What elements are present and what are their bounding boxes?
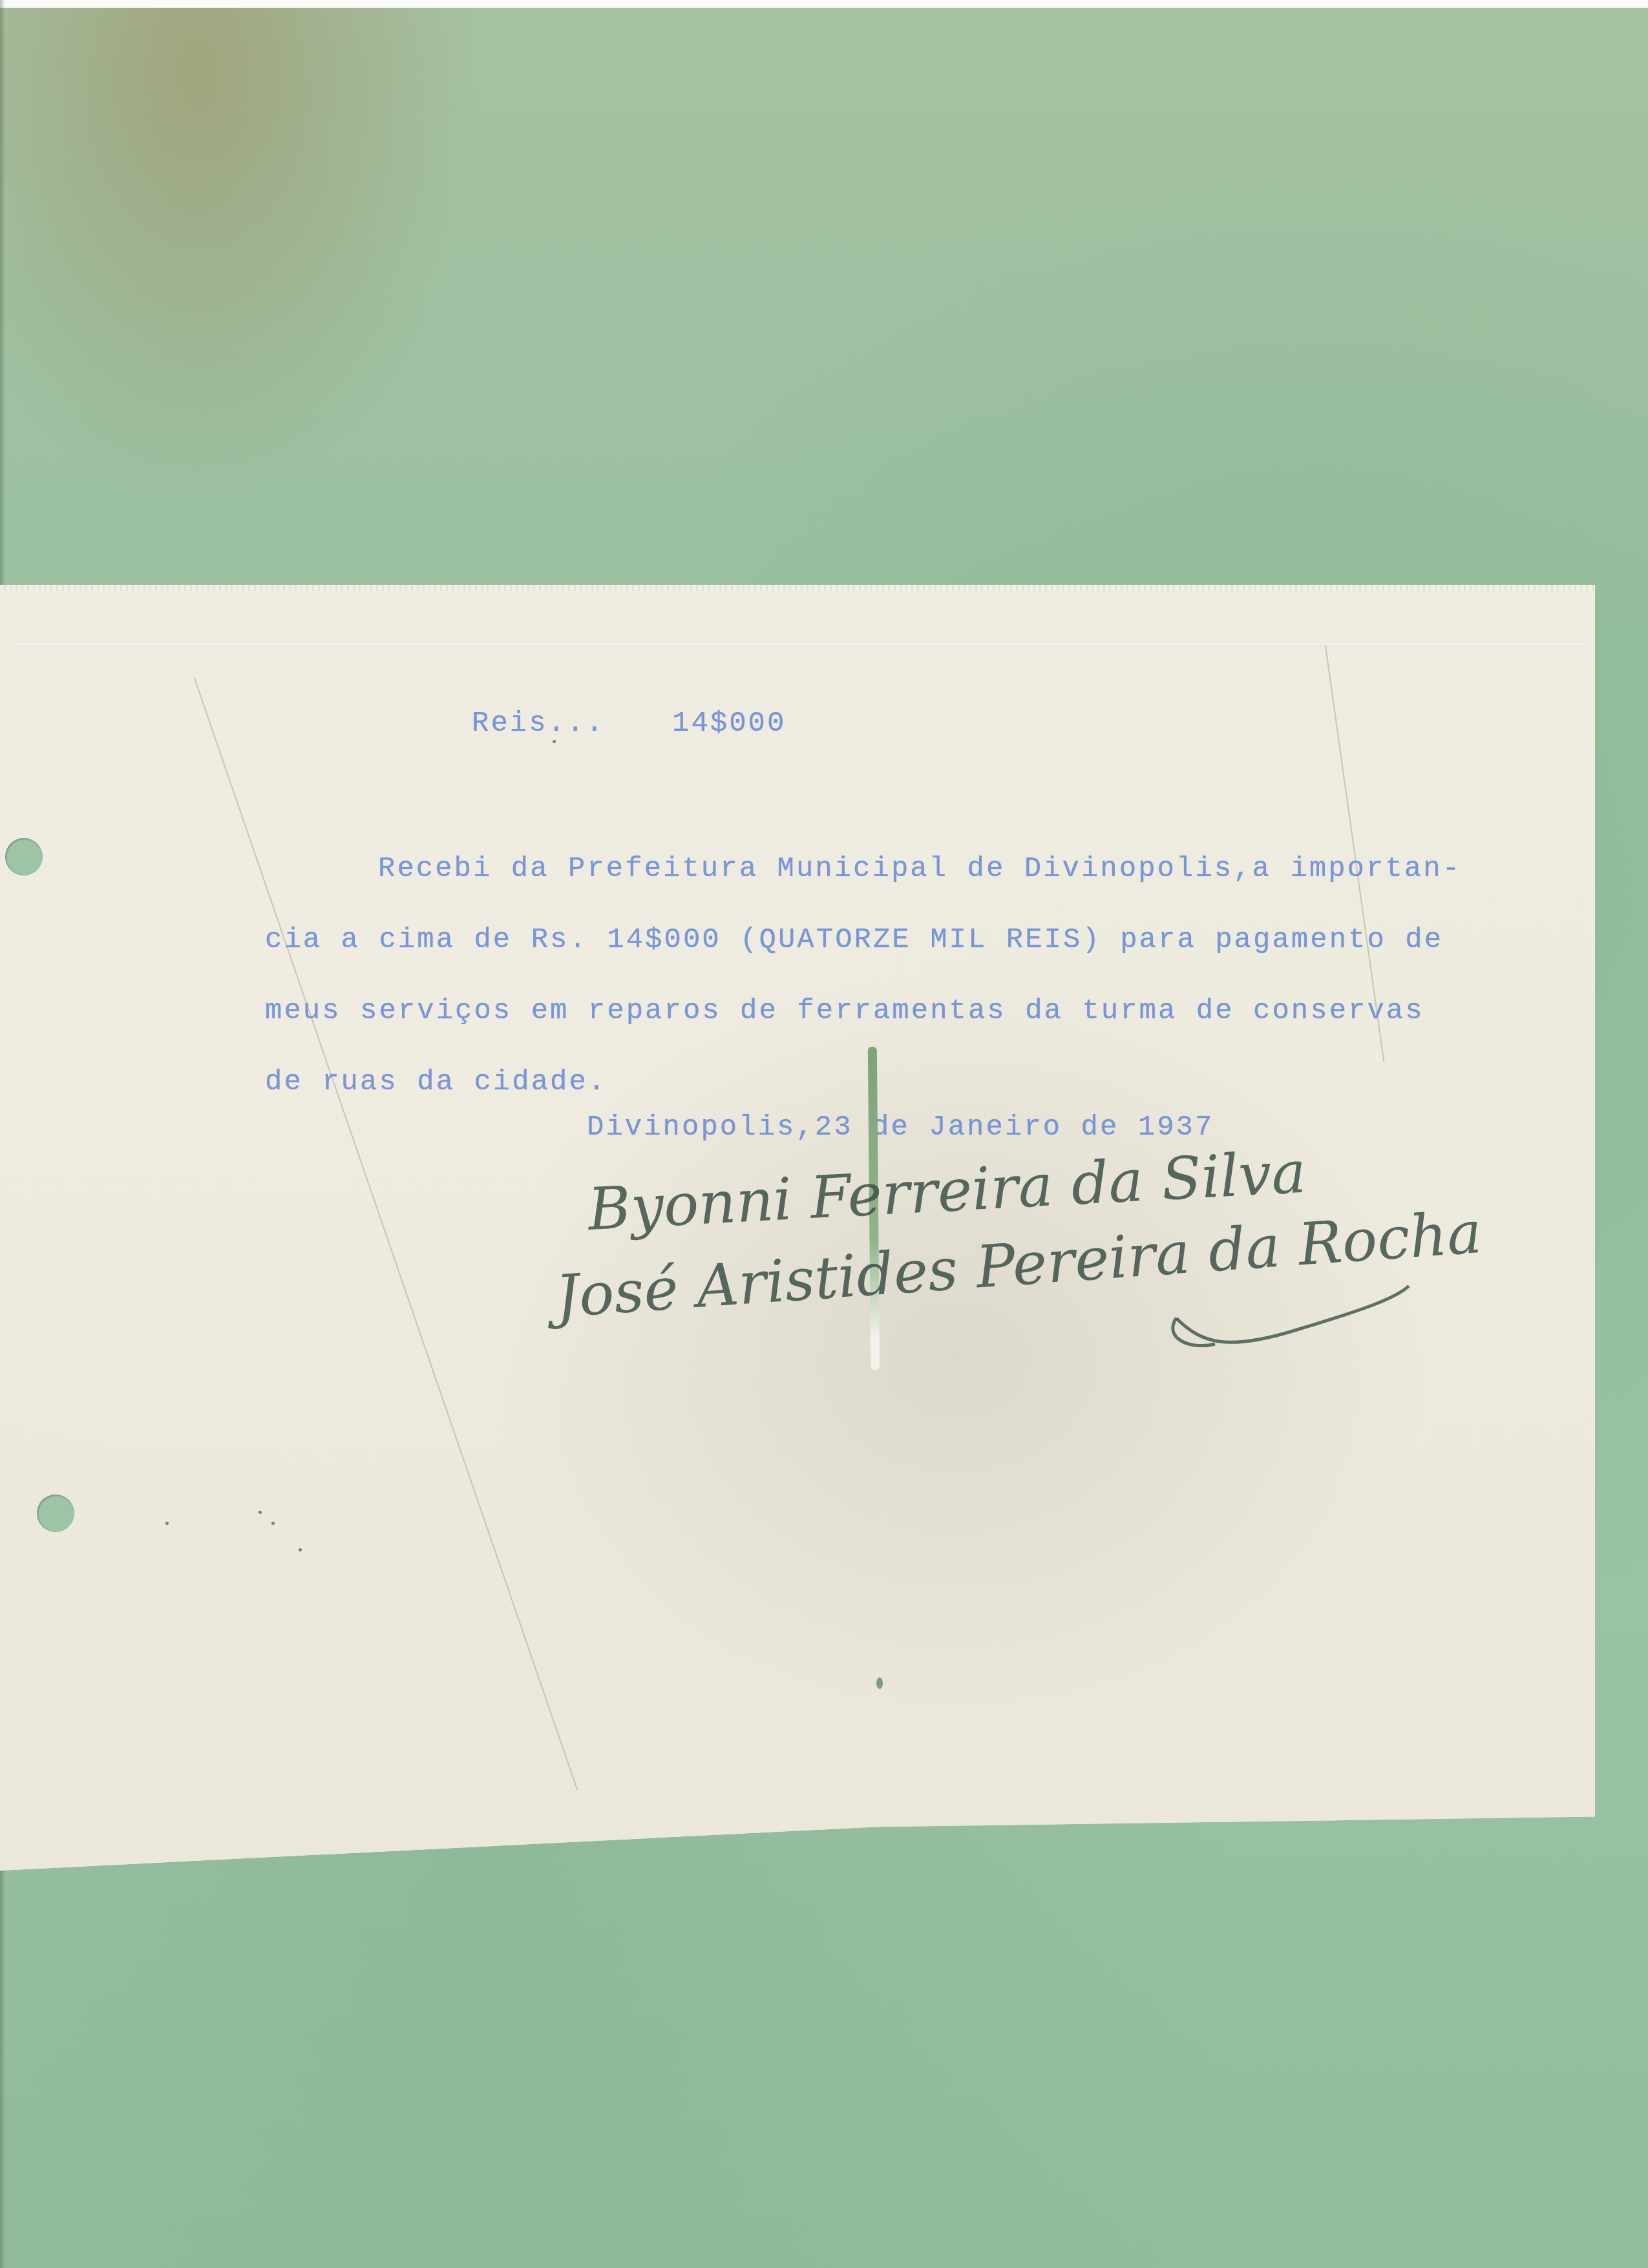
amount-label: Reis...: [472, 708, 605, 740]
receipt-body-line-1: Recebi da Prefeitura Municipal de Divino…: [378, 853, 1461, 885]
receipt-body-line-4: de ruas da cidade.: [265, 1066, 607, 1098]
amount-value: 14$000: [672, 708, 786, 740]
punch-hole-upper: [5, 838, 43, 876]
signature-flourish: [840, 1273, 1422, 1363]
receipt-fold-line: [13, 644, 1583, 646]
receipt-torn-top-edge: [0, 585, 1595, 591]
scan-top-margin: [0, 0, 1648, 8]
receipt-body-line-3: meus serviços em reparos de ferramentas …: [265, 995, 1424, 1027]
punch-hole-lower: [37, 1495, 74, 1532]
pin-hole: [876, 1677, 883, 1689]
place-and-date: Divinopolis,23 de Janeiro de 1937: [587, 1111, 1214, 1144]
receipt-body-line-2: cia a cima de Rs. 14$000 (QUATORZE MIL R…: [265, 924, 1443, 956]
